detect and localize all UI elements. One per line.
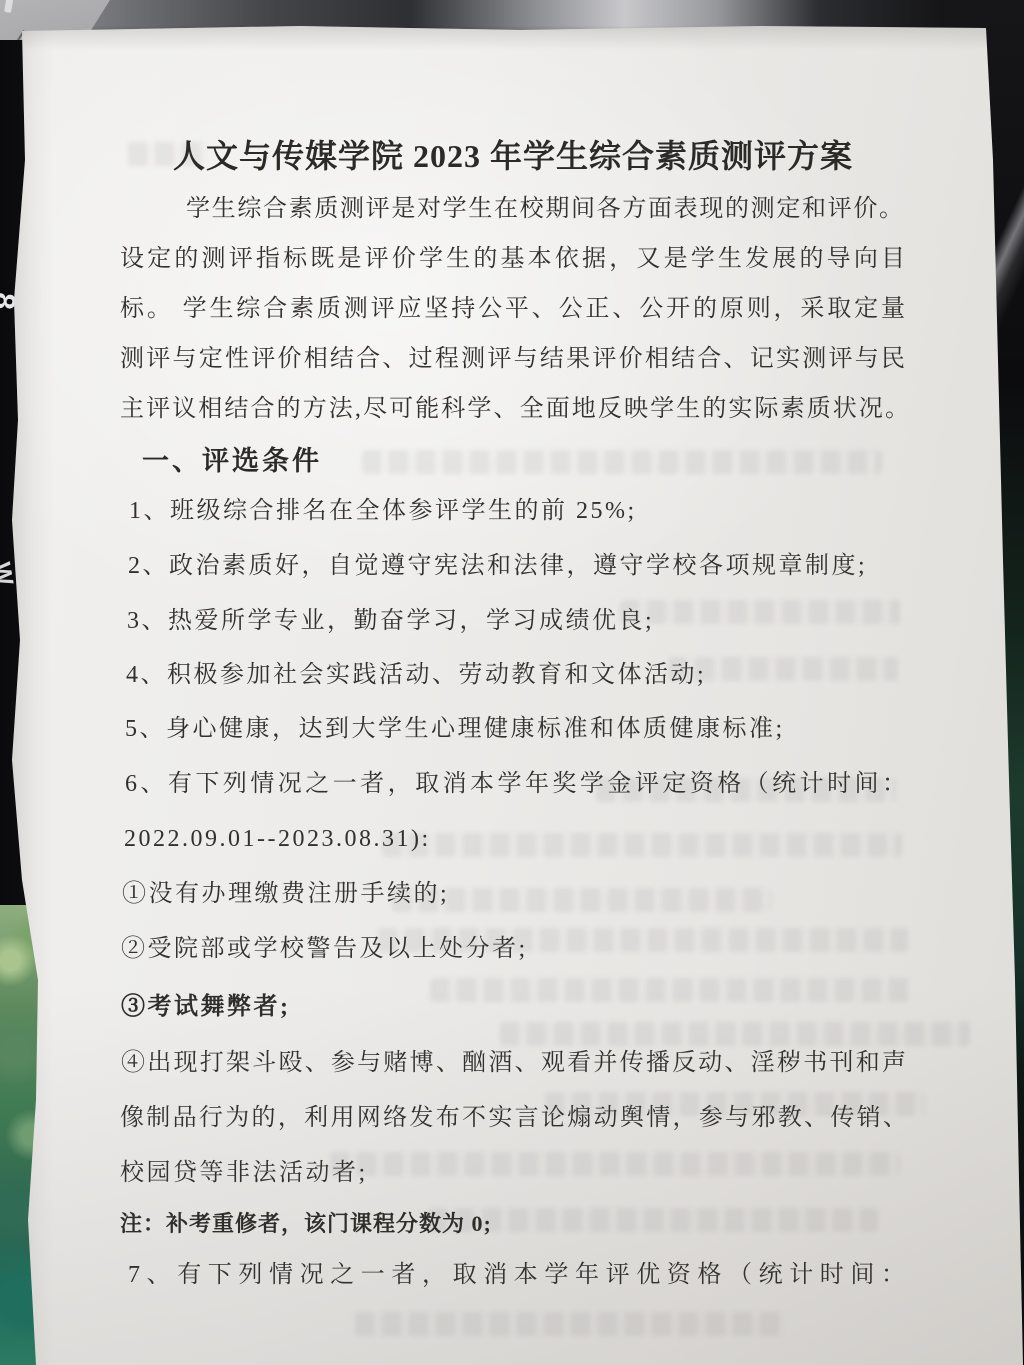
disqualify-item-4-line-1: ④出现打架斗殴、参与赌博、酗酒、观看并传播反动、淫秽书刊和声 [121,1048,907,1078]
note-line: 注：补考重修者，该门课程分数为 0; [120,1210,492,1238]
disqualify-item-1: ①没有办理缴费注册手续的; [122,879,449,909]
bleedthrough-smudge [362,450,882,474]
criterion-5: 5、身心健康，达到大学生心理健康标准和体质健康标准; [125,714,785,744]
criterion-3: 3、热爱所学专业，勤奋学习，学习成绩优良; [127,606,654,636]
bleedthrough-smudge [382,833,902,857]
section-1-heading: 一、评选条件 [142,445,322,479]
intro-line-3: 标。 学生综合素质测评应坚持公平、公正、公开的原则，采取定量 [120,294,906,324]
bleedthrough-smudge [428,1208,878,1232]
bleedthrough-smudge [355,1312,785,1336]
paper-sheet: 人文与传媒学院 2023 年学生综合素质测评方案 学生综合素质测评是对学生在校期… [0,0,1024,1365]
intro-line-4: 测评与定性评价相结合、过程测评与结果评价相结合、记实测评与民 [120,344,906,374]
criterion-7: 7、有下列情况之一者，取消本学年评优资格（统计时间： [128,1260,906,1290]
criterion-2: 2、政治素质好，自觉遵守宪法和法律，遵守学校各项规章制度; [128,551,867,581]
stat-period-line: 2022.09.01--2023.08.31): [124,824,431,854]
intro-line-2: 设定的测评指标既是评价学生的基本依据，又是学生发展的导向目 [120,244,906,274]
disqualify-item-4-line-2: 像制品行为的，利用网络发布不实言论煽动舆情，参与邪教、传销、 [120,1103,908,1133]
criterion-4: 4、积极参加社会实践活动、劳动教育和文体活动; [126,660,706,690]
doc-title: 人文与传媒学院 2023 年学生综合素质测评方案 [120,136,906,176]
intro-line-5: 主评议相结合的方法,尽可能科学、全面地反映学生的实际素质状况。 [120,394,910,424]
intro-line-1: 学生综合素质测评是对学生在校期间各方面表现的测定和评价。 [186,194,904,224]
bleedthrough-smudge [620,600,900,624]
bleedthrough-smudge [430,978,910,1002]
criterion-1: 1、班级综合排名在全体参评学生的前 25%; [129,496,637,526]
bleedthrough-smudge [330,1152,900,1176]
criterion-6: 6、有下列情况之一者，取消本学年奖学金评定资格（统计时间： [125,769,907,799]
disqualify-item-3: ③考试舞弊者; [121,992,291,1022]
disqualify-item-2: ②受院部或学校警告及以上处分者; [121,934,528,964]
disqualify-item-4-line-3: 校园贷等非法活动者; [120,1158,368,1188]
bleedthrough-smudge [500,1022,970,1046]
